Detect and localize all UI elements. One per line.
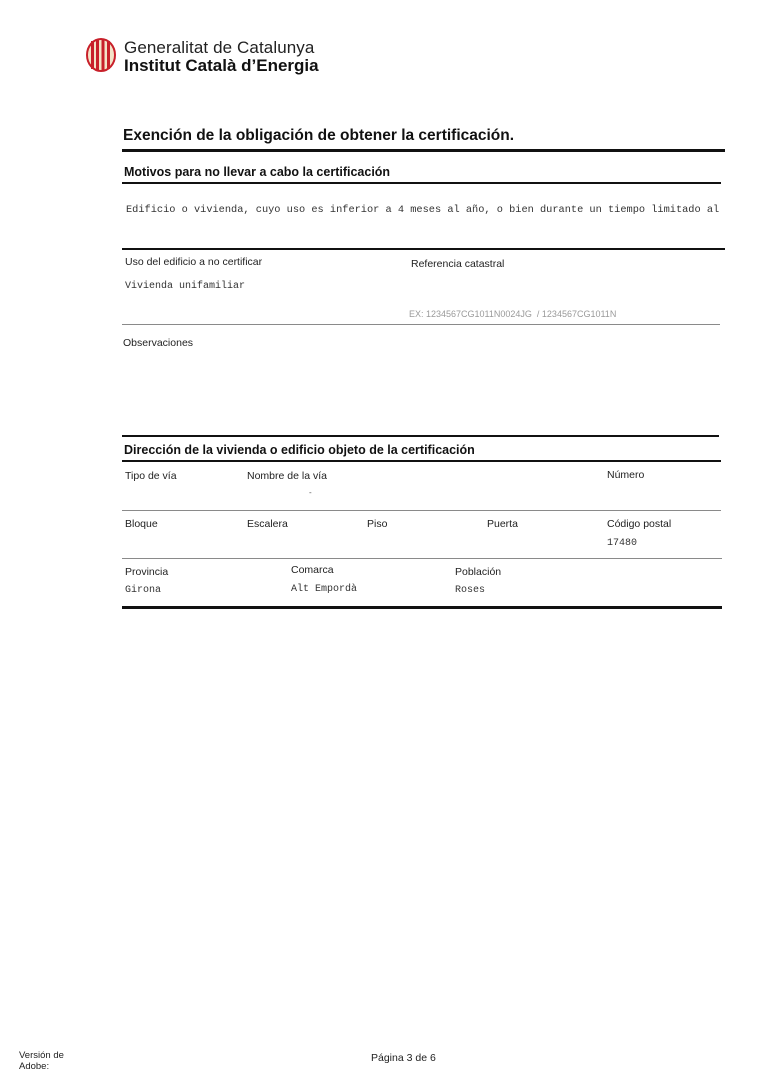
nombre-via-field[interactable]: - xyxy=(247,488,597,504)
provincia-label: Provincia xyxy=(125,566,168,578)
observaciones-field[interactable] xyxy=(123,354,720,430)
observaciones-label: Observaciones xyxy=(123,337,193,349)
generalitat-emblem-icon xyxy=(86,38,116,72)
institute-name: Institut Català d’Energia xyxy=(124,56,319,76)
nombre-via-label: Nombre de la vía xyxy=(247,470,327,482)
escalera-field[interactable] xyxy=(247,536,357,552)
tipo-via-label: Tipo de vía xyxy=(125,470,177,482)
comarca-field[interactable]: Alt Empordà xyxy=(291,584,441,595)
escalera-label: Escalera xyxy=(247,518,288,530)
motivos-heading: Motivos para no llevar a cabo la certifi… xyxy=(124,165,390,179)
page-indicator: Página 3 de 6 xyxy=(371,1052,436,1064)
piso-field[interactable] xyxy=(367,536,477,552)
uso-field[interactable]: Vivienda unifamiliar xyxy=(125,281,385,292)
version-line2: Adobe: xyxy=(19,1061,64,1072)
version-label: Versión de Adobe: xyxy=(19,1050,64,1072)
numero-field[interactable] xyxy=(607,488,717,504)
direccion-divider xyxy=(122,460,721,462)
numero-label: Número xyxy=(607,469,644,481)
puerta-label: Puerta xyxy=(487,518,518,530)
codigo-postal-field[interactable]: 17480 xyxy=(607,538,717,549)
motivos-bottom-divider xyxy=(122,248,725,250)
row1-divider xyxy=(122,510,721,511)
direccion-heading: Dirección de la vivienda o edificio obje… xyxy=(124,443,475,457)
referencia-hint: EX: 1234567CG1011N0024JG / 1234567CG1011… xyxy=(409,309,616,319)
row2-divider xyxy=(122,558,722,559)
tipo-via-field[interactable] xyxy=(125,488,235,504)
bloque-field[interactable] xyxy=(125,536,235,552)
piso-label: Piso xyxy=(367,518,387,530)
motivos-divider xyxy=(122,182,721,184)
org-name: Generalitat de Catalunya xyxy=(124,38,314,58)
referencia-label: Referencia catastral xyxy=(411,258,504,270)
provincia-field[interactable]: Girona xyxy=(125,585,275,596)
uso-divider xyxy=(122,324,720,325)
direccion-bottom-divider xyxy=(122,606,722,609)
bloque-label: Bloque xyxy=(125,518,158,530)
version-line1: Versión de xyxy=(19,1050,64,1061)
uso-label: Uso del edificio a no certificar xyxy=(125,256,262,268)
referencia-field[interactable] xyxy=(410,280,718,298)
poblacion-label: Población xyxy=(455,566,501,578)
title-divider xyxy=(122,149,725,152)
puerta-field[interactable] xyxy=(487,536,597,552)
comarca-label: Comarca xyxy=(291,564,334,576)
direccion-top-divider xyxy=(122,435,719,437)
poblacion-field[interactable]: Roses xyxy=(455,585,655,596)
page-title: Exención de la obligación de obtener la … xyxy=(123,127,514,145)
motivos-field[interactable]: Edificio o vivienda, cuyo uso es inferio… xyxy=(126,204,722,216)
codigo-postal-label: Código postal xyxy=(607,518,671,530)
